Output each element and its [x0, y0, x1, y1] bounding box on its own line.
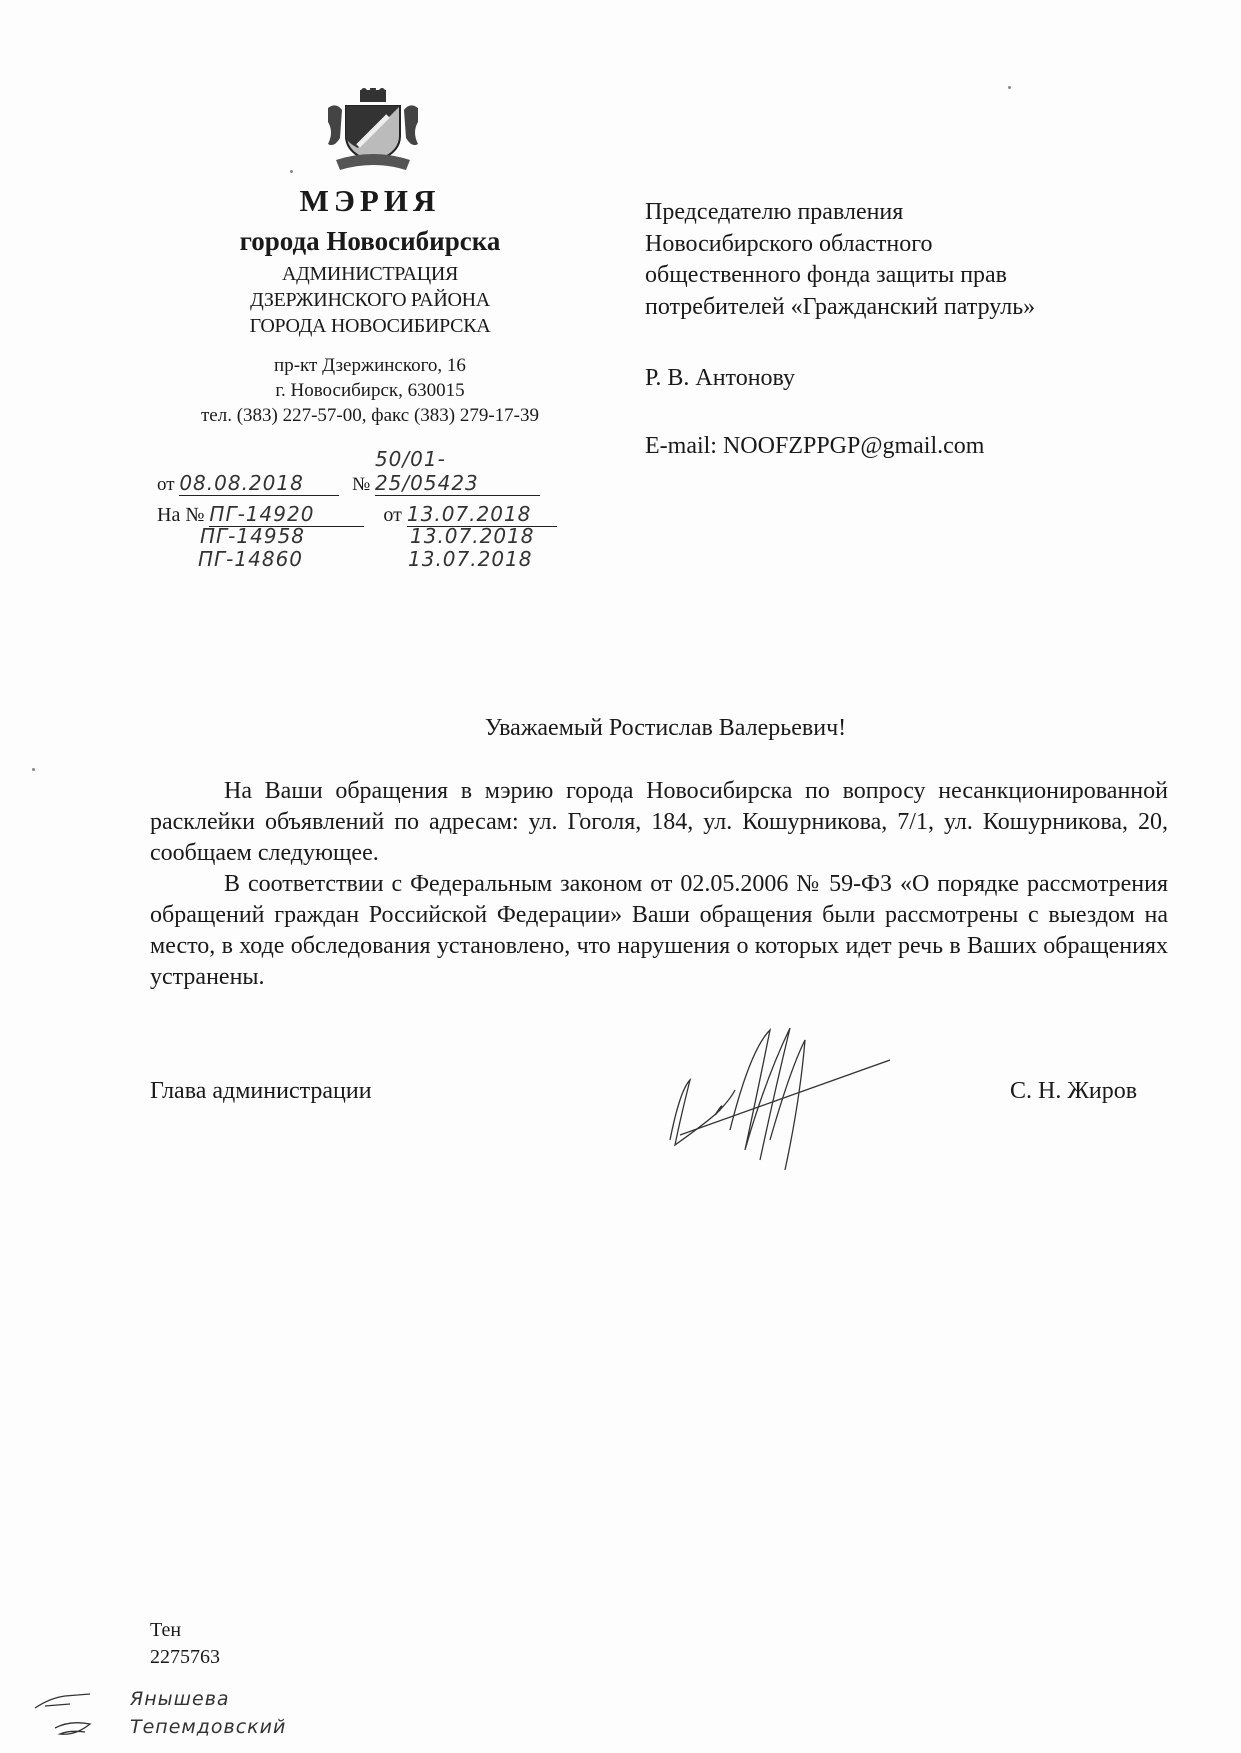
- scan-speck: [32, 768, 35, 771]
- coat-of-arms-icon: [318, 88, 428, 176]
- executor-phone: 2275763: [150, 1644, 220, 1671]
- signatory-title: Глава администрации: [150, 1078, 372, 1105]
- note-line-2: Тепемдовский: [130, 1716, 286, 1738]
- note-line-1: Янышева: [130, 1688, 230, 1710]
- letterhead-postal: г. Новосибирск, 630015: [150, 379, 590, 403]
- addressee-block: Председателю правления Новосибирского об…: [645, 197, 1035, 323]
- letterhead-street: пр-кт Дзержинского, 16: [150, 354, 590, 378]
- outgoing-number: 50/01-25/05423: [375, 447, 540, 496]
- executor-name: Тен: [150, 1617, 220, 1644]
- letterhead-city-upper: ГОРОДА НОВОСИБИРСКА: [150, 314, 590, 339]
- body-paragraph-2: В соответствии с Федеральным законом от …: [150, 869, 1168, 993]
- letter-body: На Ваши обращения в мэрию города Новосиб…: [150, 776, 1168, 993]
- reply-number-3: ПГ-14860: [198, 547, 303, 571]
- addressee-name: Р. В. Антонову: [645, 365, 795, 392]
- scan-speck: [1008, 86, 1011, 89]
- reply-date-2: 13.07.2018: [410, 524, 535, 548]
- addressee-line: общественного фонда защиты прав: [645, 260, 1035, 292]
- initials-scribble-icon: [30, 1688, 120, 1748]
- number-label: №: [352, 474, 370, 495]
- letterhead-title: МЭРИЯ: [150, 183, 590, 219]
- letterhead-city: города Новосибирска: [150, 226, 590, 257]
- addressee-line: потребителей «Гражданский патруль»: [645, 292, 1035, 324]
- reply-number-2: ПГ-14958: [200, 524, 305, 548]
- letterhead-phone: тел. (383) 227-57-00, факс (383) 279-17-…: [150, 404, 590, 428]
- reply-label: На №: [157, 504, 204, 526]
- addressee-email: E-mail: NOOFZPPGP@gmail.com: [645, 433, 984, 460]
- addressee-line: Председателю правления: [645, 197, 1035, 229]
- outgoing-registration: от 08.08.2018 № 50/01-25/05423: [157, 447, 540, 496]
- letterhead-admin: АДМИНИСТРАЦИЯ: [150, 262, 590, 287]
- from-label: от: [157, 474, 175, 495]
- scan-speck: [290, 170, 293, 173]
- executor-block: Тен 2275763: [150, 1617, 220, 1671]
- salutation: Уважаемый Ростислав Валерьевич!: [0, 715, 1241, 742]
- reply-date-label: от: [383, 504, 401, 526]
- reply-date-3: 13.07.2018: [408, 547, 533, 571]
- handwritten-signature-icon: [650, 1020, 910, 1170]
- body-paragraph-1: На Ваши обращения в мэрию города Новосиб…: [150, 776, 1168, 869]
- signatory-name: С. Н. Жиров: [1010, 1078, 1137, 1105]
- outgoing-date: 08.08.2018: [179, 471, 339, 496]
- addressee-line: Новосибирского областного: [645, 229, 1035, 261]
- handwritten-notes: Янышева Тепемдовский: [30, 1688, 370, 1748]
- letterhead-district: ДЗЕРЖИНСКОГО РАЙОНА: [150, 288, 590, 313]
